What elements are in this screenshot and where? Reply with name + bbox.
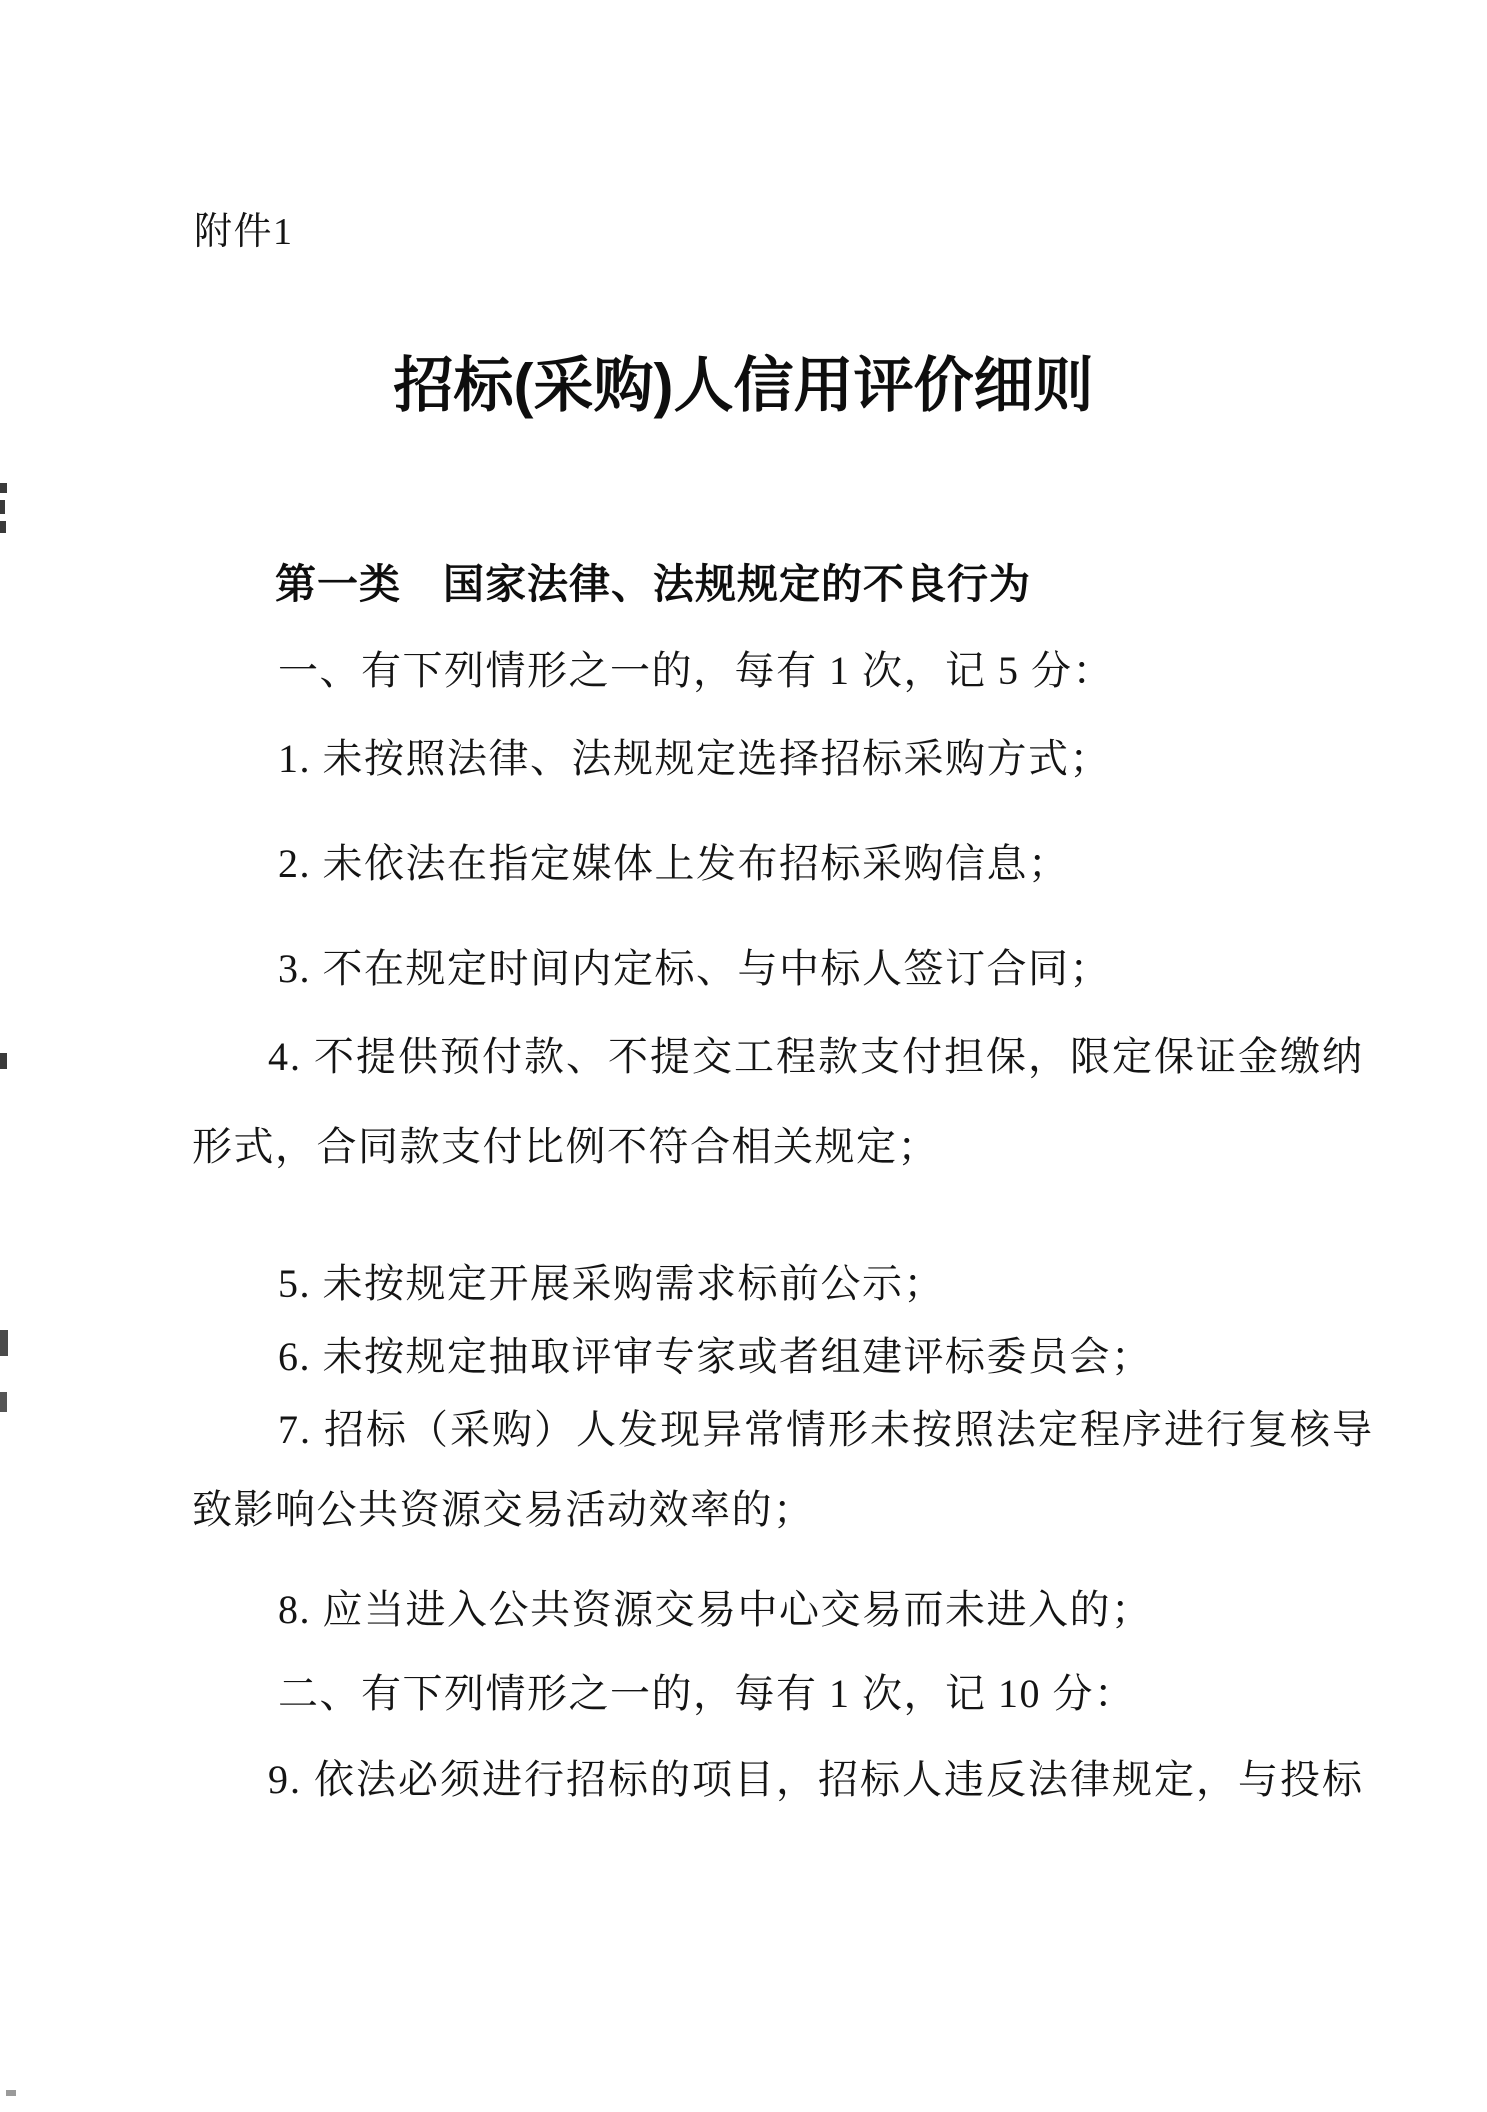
document-title: 招标(采购)人信用评价细则 bbox=[0, 338, 1487, 424]
scan-artifact bbox=[0, 483, 7, 493]
scan-artifact bbox=[6, 2090, 16, 2096]
clause-line-item-5: 5. 未按规定开展采购需求标前公示； bbox=[278, 1252, 945, 1309]
section-name: 国家法律、法规规定的不良行为 bbox=[443, 561, 1031, 607]
section-heading: 第一类国家法律、法规规定的不良行为 bbox=[275, 551, 1031, 610]
scan-artifact bbox=[0, 500, 5, 514]
clause-line-rule-1-intro: 一、有下列情形之一的，每有 1 次，记 5 分： bbox=[278, 639, 1114, 696]
clause-line-item-4-line-2: 形式，合同款支付比例不符合相关规定； bbox=[192, 1115, 939, 1172]
clause-line-item-7-line-2: 致影响公共资源交易活动效率的； bbox=[192, 1478, 815, 1535]
clause-line-item-8: 8. 应当进入公共资源交易中心交易而未进入的； bbox=[278, 1578, 1153, 1635]
clause-line-item-7-line-1: 7. 招标（采购）人发现异常情形未按照法定程序进行复核导 bbox=[278, 1398, 1374, 1455]
clause-line-item-6: 6. 未按规定抽取评审专家或者组建评标委员会； bbox=[278, 1325, 1153, 1382]
clause-line-rule-2-intro: 二、有下列情形之一的，每有 1 次，记 10 分： bbox=[278, 1662, 1136, 1719]
clause-line-item-9-line-1: 9. 依法必须进行招标的项目，招标人违反法律规定，与投标 bbox=[268, 1748, 1364, 1805]
scan-artifact bbox=[0, 1053, 7, 1069]
scan-artifact bbox=[0, 1330, 8, 1356]
clause-line-item-2: 2. 未依法在指定媒体上发布招标采购信息； bbox=[278, 832, 1070, 889]
clause-line-item-4-line-1: 4. 不提供预付款、不提交工程款支付担保，限定保证金缴纳 bbox=[268, 1025, 1364, 1082]
clause-line-item-3: 3. 不在规定时间内定标、与中标人签订合同； bbox=[278, 937, 1111, 994]
scan-artifact bbox=[0, 521, 6, 533]
clause-line-item-1: 1. 未按照法律、法规规定选择招标采购方式； bbox=[278, 727, 1111, 784]
attachment-label: 附件1 bbox=[194, 200, 294, 255]
scan-artifact bbox=[0, 1392, 7, 1412]
section-number: 第一类 bbox=[275, 561, 401, 607]
scanned-document-page: 附件1 招标(采购)人信用评价细则 第一类国家法律、法规规定的不良行为 一、有下… bbox=[0, 0, 1487, 2112]
